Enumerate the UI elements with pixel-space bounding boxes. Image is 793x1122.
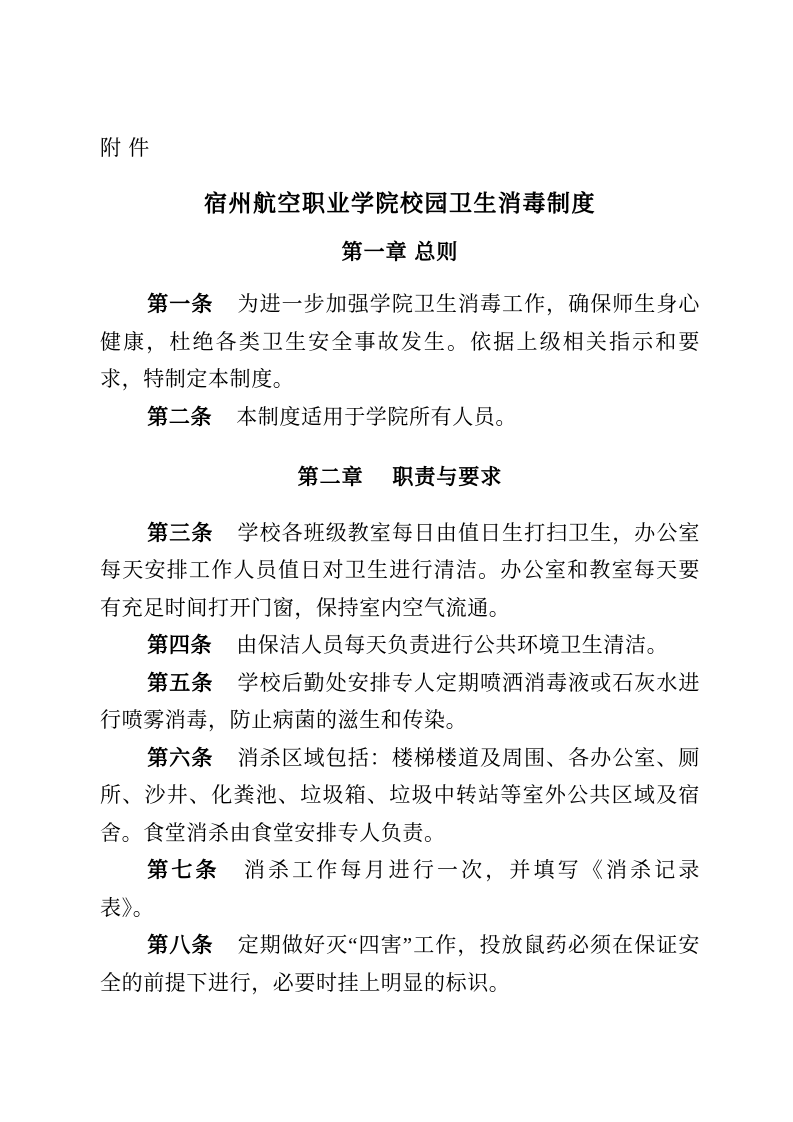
article-number: 第七条 bbox=[147, 858, 219, 882]
article-paragraph: 第六条消杀区域包括：楼梯楼道及周围、各办公室、厕所、沙井、化粪池、垃圾箱、垃圾中… bbox=[100, 740, 700, 853]
chapter-heading: 第二章 职责与要求 bbox=[100, 459, 700, 497]
article-number: 第三条 bbox=[147, 521, 213, 545]
document-body: 第一章 总则第一条为进一步加强学院卫生消毒工作，确保师生身心健康，杜绝各类卫生安… bbox=[100, 234, 700, 1003]
article-number: 第八条 bbox=[147, 933, 213, 957]
article-text: 由保洁人员每天负责进行公共环境卫生清洁。 bbox=[236, 633, 668, 657]
article-text: 本制度适用于学院所有人员。 bbox=[236, 405, 517, 429]
document-page: 附 件 宿州航空职业学院校园卫生消毒制度 第一章 总则第一条为进一步加强学院卫生… bbox=[0, 0, 793, 1122]
article-paragraph: 第一条为进一步加强学院卫生消毒工作，确保师生身心健康，杜绝各类卫生安全事故发生。… bbox=[100, 286, 700, 399]
article-paragraph: 第三条学校各班级教室每日由值日生打扫卫生，办公室每天安排工作人员值日对卫生进行清… bbox=[100, 515, 700, 628]
article-number: 第六条 bbox=[147, 746, 213, 770]
article-paragraph: 第二条本制度适用于学院所有人员。 bbox=[100, 399, 700, 437]
document-title: 宿州航空职业学院校园卫生消毒制度 bbox=[100, 183, 700, 223]
article-paragraph: 第五条学校后勤处安排专人定期喷洒消毒液或石灰水进行喷雾消毒，防止病菌的滋生和传染… bbox=[100, 665, 700, 740]
article-paragraph: 第七条消杀工作每月进行一次，并填写《消杀记录表》。 bbox=[100, 852, 700, 927]
article-paragraph: 第八条定期做好灭“四害”工作，投放鼠药必须在保证安全的前提下进行，必要时挂上明显… bbox=[100, 927, 700, 1002]
chapter: 第二章 职责与要求第三条学校各班级教室每日由值日生打扫卫生，办公室每天安排工作人… bbox=[100, 459, 700, 1002]
chapter: 第一章 总则第一条为进一步加强学院卫生消毒工作，确保师生身心健康，杜绝各类卫生安… bbox=[100, 234, 700, 437]
attachment-label: 附 件 bbox=[100, 130, 700, 168]
article-number: 第四条 bbox=[147, 633, 212, 657]
article-paragraph: 第四条由保洁人员每天负责进行公共环境卫生清洁。 bbox=[100, 627, 700, 665]
chapter-heading: 第一章 总则 bbox=[100, 234, 700, 272]
article-number: 第二条 bbox=[147, 405, 212, 429]
article-number: 第一条 bbox=[147, 292, 213, 316]
article-number: 第五条 bbox=[147, 671, 213, 695]
